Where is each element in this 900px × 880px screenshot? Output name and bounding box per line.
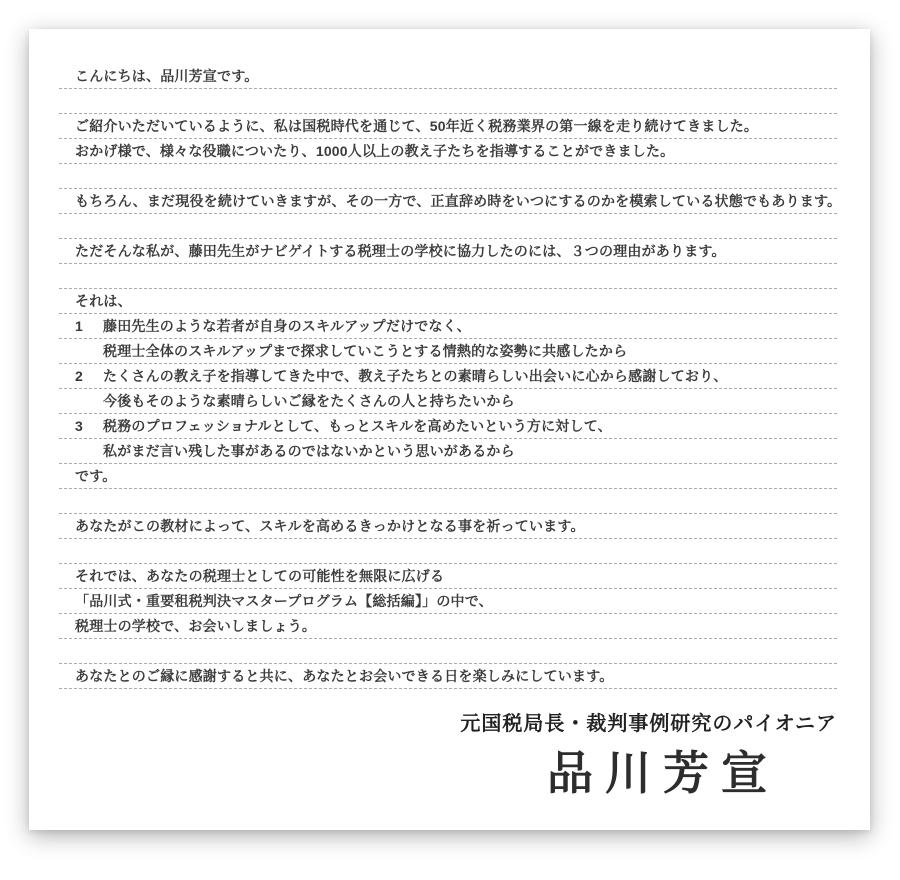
list-number: 3 — [75, 414, 103, 438]
signature-title: 元国税局長・裁判事例研究のパイオニア — [59, 713, 837, 735]
letter-line: 今後もそのような素晴らしいご縁をたくさんの人と持ちたいから — [59, 389, 837, 414]
letter-line: あなたがこの教材によって、スキルを高めるきっかけとなる事を祈っています。 — [59, 514, 837, 539]
letter-paper: こんにちは、品川芳宣です。ご紹介いただいているように、私は国税時代を通じて、50… — [29, 29, 870, 830]
letter-line — [59, 539, 837, 564]
letter-line — [59, 164, 837, 189]
list-number: 1 — [75, 314, 103, 338]
letter-body: こんにちは、品川芳宣です。ご紹介いただいているように、私は国税時代を通じて、50… — [59, 64, 837, 689]
letter-line: 私がまだ言い残した事があるのではないかという思いがあるから — [59, 439, 837, 464]
list-item-text: たくさんの教え子を指導してきた中で、教え子たちとの素晴らしい出会いに心から感謝し… — [103, 368, 728, 384]
list-number: 2 — [75, 364, 103, 388]
letter-line: 2たくさんの教え子を指導してきた中で、教え子たちとの素晴らしい出会いに心から感謝… — [59, 364, 837, 389]
letter-line: それでは、あなたの税理士としての可能性を無限に広げる — [59, 564, 837, 589]
signature-name: 品川芳宣 — [59, 748, 779, 800]
letter-line — [59, 214, 837, 239]
letter-line: です。 — [59, 464, 837, 489]
letter-line: ただそんな私が、藤田先生がナビゲイトする税理士の学校に協力したのには、３つの理由… — [59, 239, 837, 264]
letter-line: 税理士の学校で、お会いしましょう。 — [59, 614, 837, 639]
letter-line: 3税務のプロフェッショナルとして、もっとスキルを高めたいという方に対して、 — [59, 414, 837, 439]
letter-line: こんにちは、品川芳宣です。 — [59, 64, 837, 89]
letter-line: 1藤田先生のような若者が自身のスキルアップだけでなく、 — [59, 314, 837, 339]
letter-line — [59, 639, 837, 664]
letter-line: おかげ様で、様々な役職についたり、1000人以上の教え子たちを指導することができ… — [59, 139, 837, 164]
letter-line: ご紹介いただいているように、私は国税時代を通じて、50年近く税務業界の第一線を走… — [59, 114, 837, 139]
letter-line: それは、 — [59, 289, 837, 314]
letter-line: 税理士全体のスキルアップまで探求していこうとする情熱的な姿勢に共感したから — [59, 339, 837, 364]
list-item-text: 税務のプロフェッショナルとして、もっとスキルを高めたいという方に対して、 — [103, 418, 612, 434]
letter-line: もちろん、まだ現役を続けていきますが、その一方で、正直辞め時をいつにするのかを模… — [59, 189, 837, 214]
letter-line: あなたとのご縁に感謝すると共に、あなたとお会いできる日を楽しみにしています。 — [59, 664, 837, 689]
signature-block: 元国税局長・裁判事例研究のパイオニア 品川芳宣 — [59, 689, 837, 800]
letter-line — [59, 489, 837, 514]
list-item-text: 藤田先生のような若者が自身のスキルアップだけでなく、 — [103, 318, 471, 334]
letter-line: 「品川式・重要租税判決マスタープログラム【総括編】」の中で、 — [59, 589, 837, 614]
letter-line — [59, 89, 837, 114]
letter-line — [59, 264, 837, 289]
